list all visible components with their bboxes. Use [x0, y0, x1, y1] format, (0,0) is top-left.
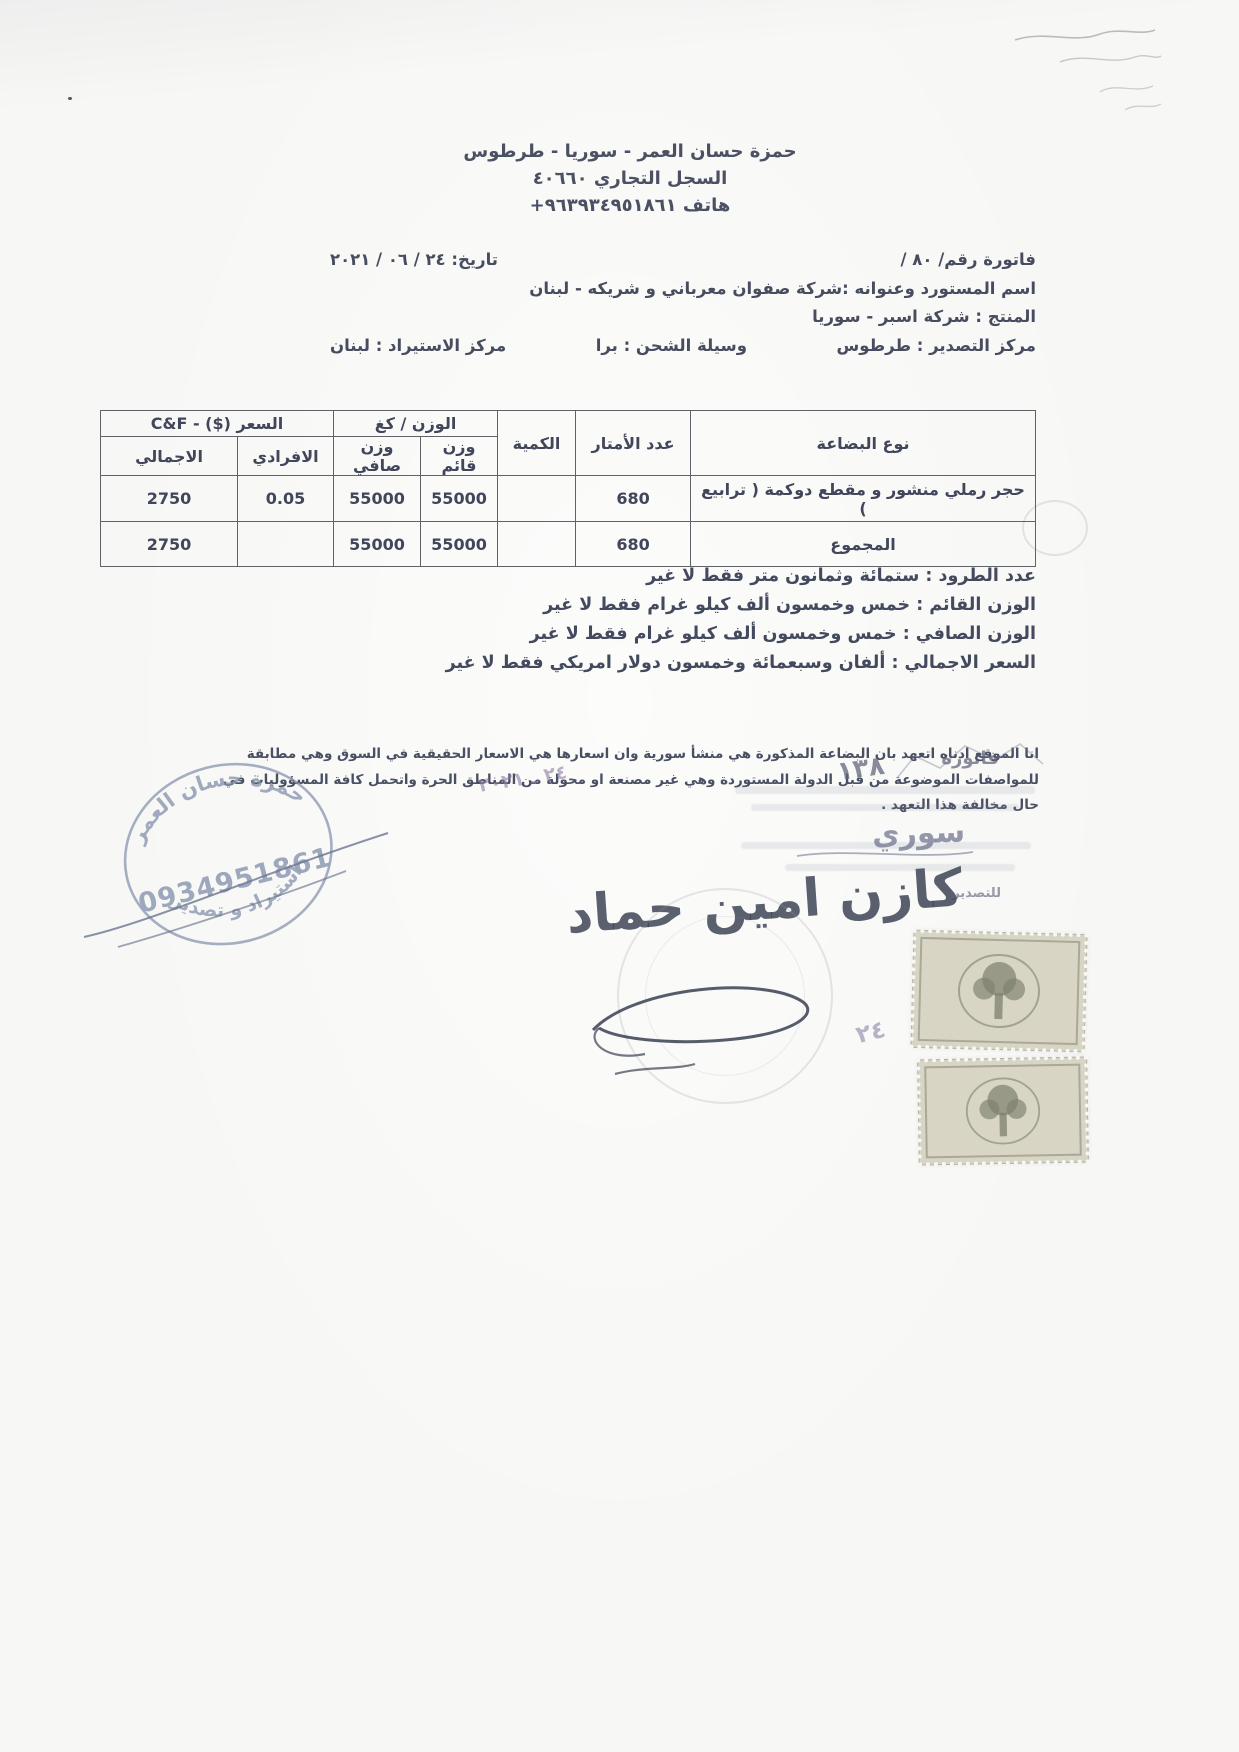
col-quantity: الكمية	[498, 411, 576, 476]
pencil-scribble	[1005, 22, 1165, 122]
total-price-in-words: السعر الاجمالي : ألفان وسبعمائة وخمسون د…	[446, 649, 1036, 678]
table-row: حجر رملي منشور و مقطع دوكمة ( ترابيع ) 6…	[101, 476, 1036, 522]
goods-table: نوع البضاعة عدد الأمتار الكمية الوزن / ك…	[100, 410, 1036, 567]
handwritten-revenue-date: ٢٤	[853, 1015, 888, 1049]
cell-total: 2750	[101, 522, 238, 567]
cell-net: 55000	[334, 522, 421, 567]
col-price-group: السعر ($) - C&F	[101, 411, 334, 437]
net-weight-in-words: الوزن الصافي : خمس وخمسون ألف كيلو غرام …	[446, 620, 1036, 649]
packages-in-words: عدد الطرود : ستمائة وثمانون متر فقط لا غ…	[446, 562, 1036, 591]
cell-quantity	[498, 476, 576, 522]
tree-icon	[953, 948, 1045, 1034]
producer-line: المنتج : شركة اسبر - سوريا	[812, 307, 1036, 326]
cell-meters: 680	[576, 522, 691, 567]
phone-number: هاتف ٩٦٣٩٣٤٩٥١٨٦١+	[410, 192, 850, 219]
revenue-stamp	[917, 1057, 1089, 1166]
amounts-in-words: عدد الطرود : ستمائة وثمانون متر فقط لا غ…	[446, 562, 1036, 678]
cell-unit	[238, 522, 334, 567]
invoice-date: تاريخ: ٢٤ / ٠٦ / ٢٠٢١	[330, 250, 498, 269]
cell-quantity	[498, 522, 576, 567]
import-center: مركز الاستيراد : لبنان	[330, 336, 506, 355]
illegible-stamp-line	[735, 786, 1035, 794]
cell-net: 55000	[334, 476, 421, 522]
col-goods-type: نوع البضاعة	[691, 411, 1036, 476]
signature-strokes-over-stamp	[78, 805, 398, 955]
cell-gross: 55000	[421, 522, 498, 567]
invoice-meta-row-4: مركز التصدير : طرطوس وسيلة الشحن : برا م…	[330, 336, 1036, 355]
cell-total: 2750	[101, 476, 238, 522]
tree-icon	[960, 1072, 1045, 1149]
col-net-weight: وزن صافي	[334, 437, 421, 476]
importer-line: اسم المستورد وعنوانه :شركة صفوان معرباني…	[529, 279, 1036, 298]
export-center: مركز التصدير : طرطوس	[837, 336, 1036, 355]
cell-meters: 680	[576, 476, 691, 522]
cell-unit: 0.05	[238, 476, 334, 522]
table-row-total: المجموع 680 55000 55000 2750	[101, 522, 1036, 567]
company-name: حمزة حسان العمر - سوريا - طرطوس	[410, 138, 850, 165]
office-stamp-invoice-word: فاتورة	[941, 748, 999, 769]
invoice-number: فاتورة رقم/ ٨٠ /	[901, 250, 1036, 269]
col-meters: عدد الأمتار	[576, 411, 691, 476]
invoice-meta-row-1: فاتورة رقم/ ٨٠ / تاريخ: ٢٤ / ٠٦ / ٢٠٢١	[330, 250, 1036, 269]
illegible-stamp-line	[751, 804, 1019, 811]
cell-goods: حجر رملي منشور و مقطع دوكمة ( ترابيع )	[691, 476, 1036, 522]
col-total-price: الاجمالي	[101, 437, 238, 476]
revenue-stamp	[910, 930, 1087, 1053]
letterhead: حمزة حسان العمر - سوريا - طرطوس السجل ال…	[410, 138, 850, 219]
scanned-invoice-page: حمزة حسان العمر - سوريا - طرطوس السجل ال…	[0, 0, 1239, 1752]
scan-dot	[68, 97, 72, 100]
signature-loop	[575, 958, 835, 1088]
col-unit-price: الافرادي	[238, 437, 334, 476]
handwritten-number: ١٣٨	[836, 751, 887, 787]
col-gross-weight: وزن قائم	[421, 437, 498, 476]
commercial-registry: السجل التجاري ٤٠٦٦٠	[410, 165, 850, 192]
col-weight-group: الوزن / كغ	[334, 411, 498, 437]
gross-weight-in-words: الوزن القائم : خمس وخمسون ألف كيلو غرام …	[446, 591, 1036, 620]
shipping-method: وسيلة الشحن : برا	[596, 336, 747, 355]
cell-goods: المجموع	[691, 522, 1036, 567]
cell-gross: 55000	[421, 476, 498, 522]
